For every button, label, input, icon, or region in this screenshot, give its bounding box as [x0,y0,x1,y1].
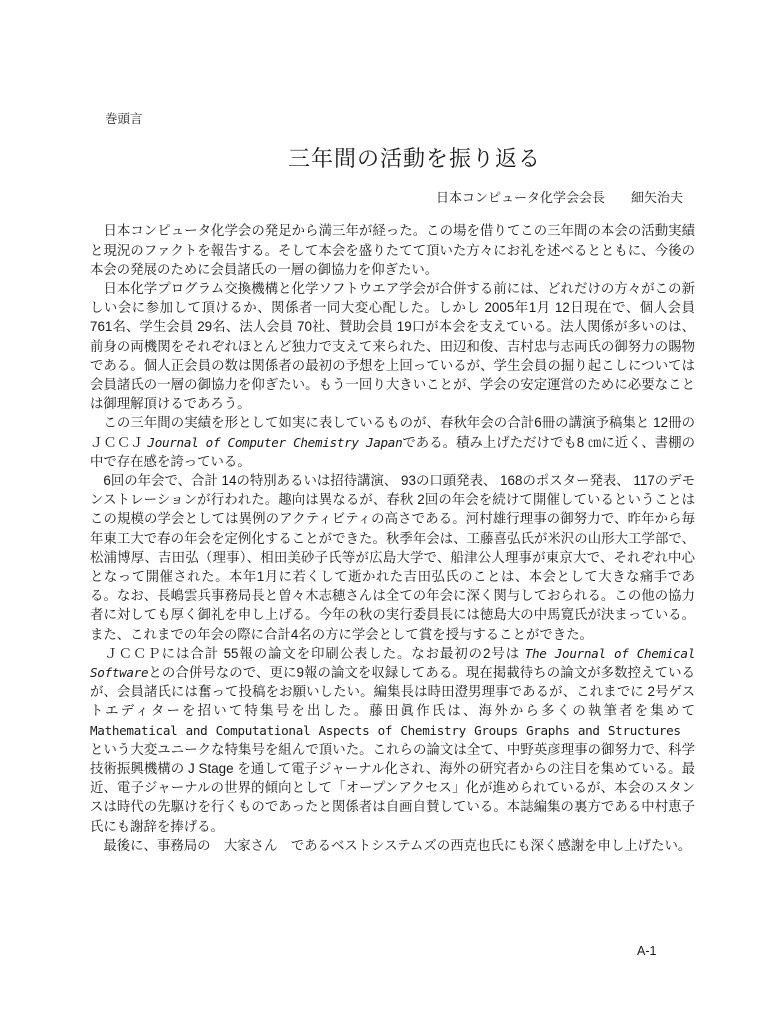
text-segment: ＪＣＣＰには合計 55報の論文を印刷公表した。なお最初の2号は [90,646,525,661]
body-text: 日本コンピュータ化学会の発足から満三年が経った。この場を借りてこの三年間の本会の… [90,221,695,855]
latin-text-segment: Journal of Computer Chemistry Japan [147,435,402,450]
paragraph: ＪＣＣＰには合計 55報の論文を印刷公表した。なお最初の2号は The Jour… [90,644,695,836]
page-number: A-1 [637,944,656,958]
text-segment: という大変ユニークな特集号を組んで頂いた。これらの論文は全て、中野英彦理事の御努… [90,723,695,834]
paragraph: 6回の年会で、合計 14の特別あるいは招待講演、 93の口頭発表、 168のポス… [90,471,695,644]
text-segment: 日本コンピュータ化学会の発足から満三年が経った。この場を借りてこの三年間の本会の… [90,223,695,276]
paragraph: 日本コンピュータ化学会の発足から満三年が経った。この場を借りてこの三年間の本会の… [90,221,695,279]
page-title: 三年間の活動を振り返る [112,145,717,173]
text-segment: 最後に、事務局の 大家さん であるベストシステムズの西克也氏にも深く感謝を申し上… [90,838,691,853]
paragraph: 日本化学プログラム交換機構と化学ソフトウエア学会が合併する前には、どれだけの方々… [90,279,695,413]
text-segment: との合併号なので、更に9報の論文を収録してある。現在掲載待ちの論文が多数控えてい… [90,665,708,718]
section-label: 巻頭言 [105,112,695,127]
byline: 日本コンピュータ化学会会長 細矢治夫 [90,190,695,207]
text-segment: 日本化学プログラム交換機構と化学ソフトウエア学会が合併する前には、どれだけの方々… [90,281,695,411]
content-column: 巻頭言 三年間の活動を振り返る 日本コンピュータ化学会会長 細矢治夫 日本コンピ… [90,0,695,855]
paragraph: 最後に、事務局の 大家さん であるベストシステムズの西克也氏にも深く感謝を申し上… [90,836,695,855]
text-segment: 6回の年会で、合計 14の特別あるいは招待講演、 93の口頭発表、 168のポス… [90,473,695,642]
paragraph: この三年間の実績を形として如実に表しているものが、春秋年会の合計6冊の講演予稿集… [90,413,695,471]
document-page: 巻頭言 三年間の活動を振り返る 日本コンピュータ化学会会長 細矢治夫 日本コンピ… [0,0,770,1024]
latin-text-segment: Mathematical and Computational Aspects o… [90,723,681,738]
